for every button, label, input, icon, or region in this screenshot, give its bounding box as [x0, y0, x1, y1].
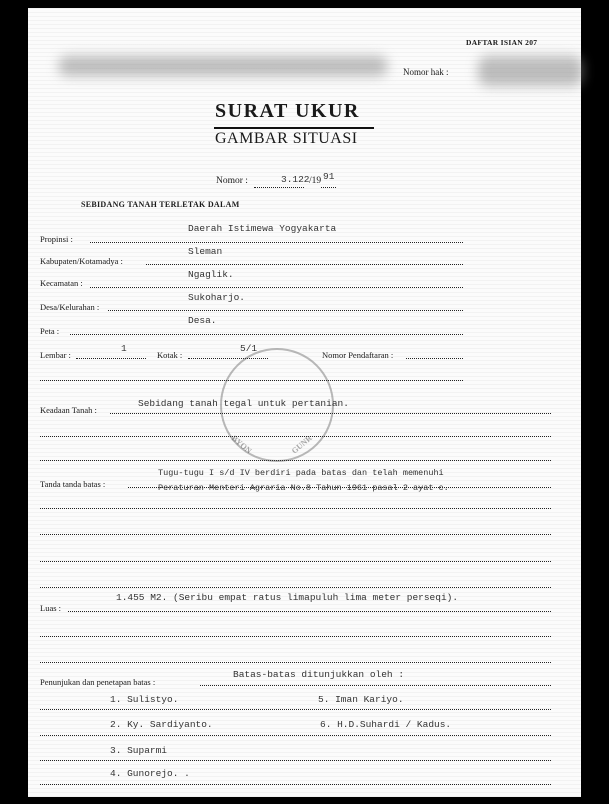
- kecamatan-dots: [90, 287, 463, 288]
- witness-name: 5. Iman Kariyo.: [318, 694, 404, 705]
- peta-label: Peta :: [40, 326, 59, 336]
- desa-label: Desa/Kelurahan :: [40, 302, 99, 312]
- nomor-label: Nomor :: [216, 176, 248, 186]
- penunjukan-dots: [200, 685, 551, 686]
- nomor-hak-label: Nomor hak :: [403, 67, 449, 77]
- nomor-pendaftaran-label: Nomor Pendaftaran :: [322, 350, 393, 360]
- document-subtitle: GAMBAR SITUASI: [215, 130, 358, 148]
- lembar-value: 1: [121, 343, 127, 354]
- blank-line: [40, 587, 551, 588]
- tanda-batas-line1: Tugu-tugu I s/d IV berdiri pada batas da…: [158, 468, 444, 478]
- propinsi-value: Daerah Istimewa Yogyakarta: [188, 223, 336, 234]
- blank-line: [40, 784, 551, 785]
- witness-name: 4. Gunorejo. .: [110, 768, 190, 779]
- blank-line: [40, 662, 551, 663]
- document-page: DAFTAR ISIAN 207 Nomor hak : SURAT UKUR …: [28, 8, 581, 797]
- redacted-nomor-hak: [478, 56, 583, 86]
- nomor-value: 3.122: [281, 174, 310, 185]
- luas-dots: [68, 611, 551, 612]
- nomor-year: 91: [323, 171, 334, 182]
- tanda-batas-label: Tanda tanda batas :: [40, 479, 105, 489]
- kabupaten-label: Kabupaten/Kotamadya :: [40, 256, 123, 266]
- kabupaten-value: Sleman: [188, 246, 222, 257]
- witness-name: 6. H.D.Suhardi / Kadus.: [320, 719, 451, 730]
- year-dots: [321, 187, 336, 188]
- kotak-label: Kotak :: [157, 350, 182, 360]
- penunjukan-label: Penunjukan dan penetapan batas :: [40, 677, 155, 687]
- nomor-year-prefix: /19: [309, 176, 321, 186]
- kecamatan-label: Kecamatan :: [40, 278, 83, 288]
- desa-value: Sukoharjo.: [188, 292, 245, 303]
- blank-line: [40, 760, 551, 761]
- peta-dots: [70, 334, 463, 335]
- desa-dots: [108, 310, 463, 311]
- document-title: SURAT UKUR: [215, 100, 360, 123]
- section-heading: SEBIDANG TANAH TERLETAK DALAM: [81, 200, 240, 209]
- nomor-dots: [254, 187, 304, 188]
- luas-label: Luas :: [40, 603, 61, 613]
- witness-name: 1. Sulistyo.: [110, 694, 178, 705]
- kecamatan-value: Ngaglik.: [188, 269, 234, 280]
- title-underline: [214, 127, 374, 129]
- witness-name: 2. Ky. Sardiyanto.: [110, 719, 213, 730]
- tanda-batas-line2: Peraturan Menteri Agraria No.8 Tahun 196…: [158, 483, 449, 493]
- keadaan-tanah-label: Keadaan Tanah :: [40, 405, 97, 415]
- blank-line: [40, 508, 551, 509]
- blank-line: [40, 636, 551, 637]
- luas-value: 1.455 M2. (Seribu empat ratus limapuluh …: [116, 592, 458, 603]
- blank-line: [40, 561, 551, 562]
- lembar-dots: [76, 358, 146, 359]
- nomor-pendaftaran-dots: [406, 358, 463, 359]
- propinsi-dots: [90, 242, 463, 243]
- blank-line: [40, 460, 551, 461]
- form-code: DAFTAR ISIAN 207: [466, 38, 537, 47]
- peta-value: Desa.: [188, 315, 217, 326]
- blank-line: [40, 735, 551, 736]
- propinsi-label: Propinsi :: [40, 234, 73, 244]
- penunjukan-heading: Batas-batas ditunjukkan oleh :: [233, 669, 404, 680]
- lembar-label: Lembar :: [40, 350, 71, 360]
- witness-name: 3. Suparmi: [110, 745, 167, 756]
- kabupaten-dots: [146, 264, 463, 265]
- blank-line: [40, 534, 551, 535]
- redacted-header-text: [58, 56, 388, 76]
- blank-line: [40, 709, 551, 710]
